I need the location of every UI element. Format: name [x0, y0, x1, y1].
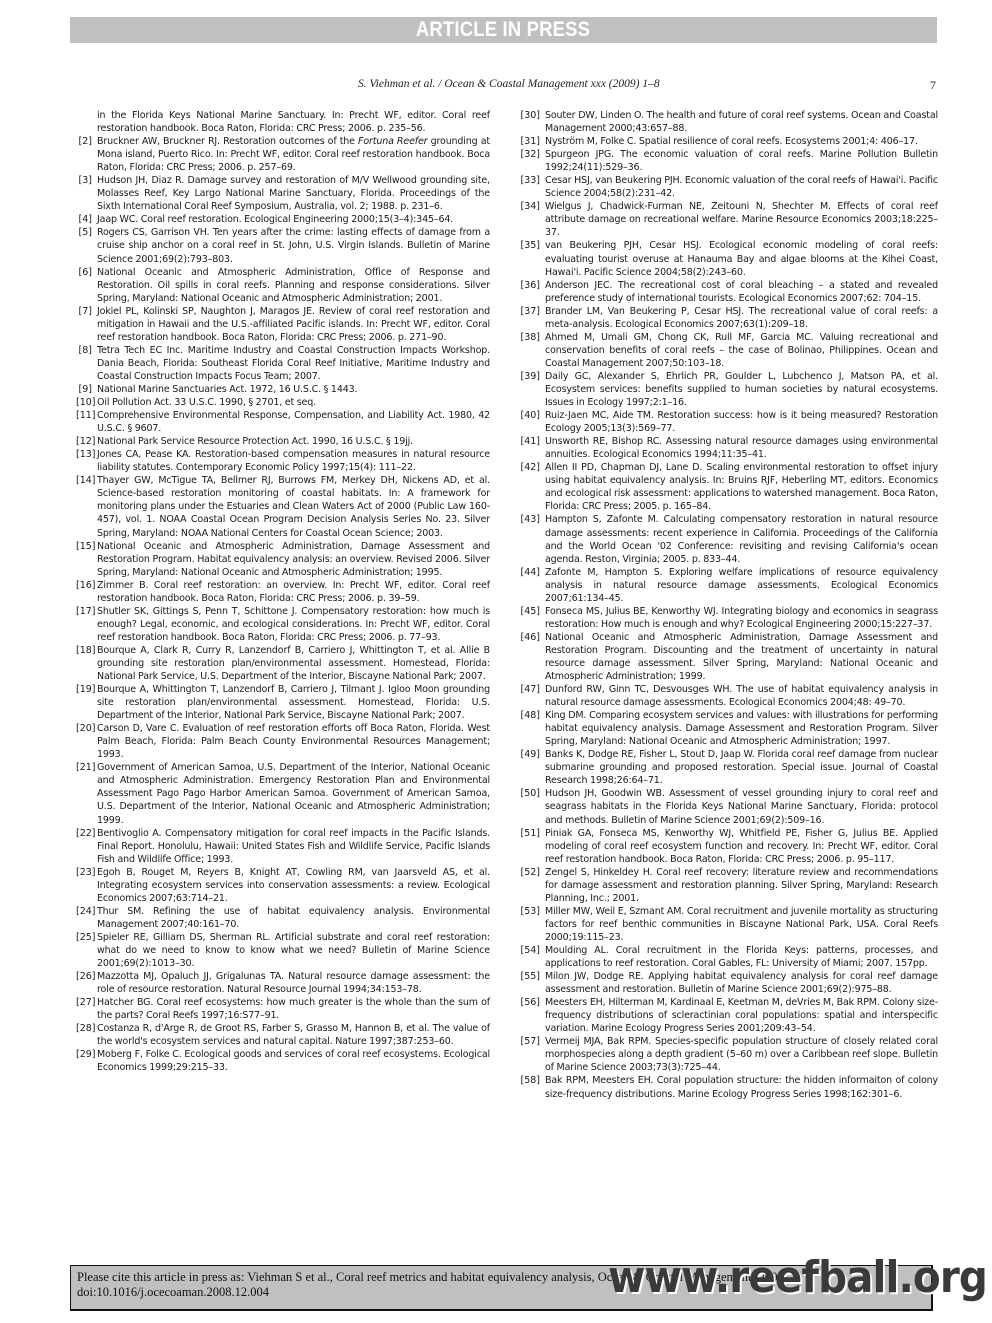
- reference-number: [16]: [76, 579, 97, 605]
- reference-text: National Oceanic and Atmospheric Adminis…: [97, 266, 490, 305]
- reference-number: [49]: [518, 748, 545, 787]
- reference-number: [57]: [518, 1035, 545, 1074]
- reference-text: Jones CA, Pease KA. Restoration-based co…: [97, 448, 490, 474]
- reference-text: Bak RPM, Meesters EH. Coral population s…: [545, 1074, 938, 1100]
- reference-text: Banks K, Dodge RE, Fisher L, Stout D, Ja…: [545, 748, 938, 787]
- reference-item: [13]Jones CA, Pease KA. Restoration-base…: [76, 448, 490, 474]
- running-head-citation: S. Viehman et al. / Ocean & Coastal Mana…: [358, 78, 660, 90]
- reference-item: [10]Oil Pollution Act. 33 U.S.C. 1990, §…: [76, 396, 490, 409]
- reference-number: [28]: [76, 1022, 97, 1048]
- reference-item: in the Florida Keys National Marine Sanc…: [76, 109, 490, 135]
- reference-text: Milon JW, Dodge RE. Applying habitat equ…: [545, 970, 938, 996]
- reference-text: Spieler RE, Gilliam DS, Sherman RL. Arti…: [97, 931, 490, 970]
- reference-number: [8]: [76, 344, 97, 383]
- reference-text: King DM. Comparing ecosystem services an…: [545, 709, 938, 748]
- reference-number: [48]: [518, 709, 545, 748]
- reference-text: Bentivoglio A. Compensatory mitigation f…: [97, 827, 490, 866]
- reference-text: Bourque A, Clark R, Curry R, Lanzendorf …: [97, 644, 490, 683]
- reference-text: Thur SM. Refining the use of habitat equ…: [97, 905, 490, 931]
- reference-number: [22]: [76, 827, 97, 866]
- reference-item: [30]Souter DW, Linden O. The health and …: [518, 109, 938, 135]
- reference-item: [8]Tetra Tech EC Inc. Maritime Industry …: [76, 344, 490, 383]
- reference-item: [26]Mazzotta MJ, Opaluch JJ, Grigalunas …: [76, 970, 490, 996]
- reference-number: [45]: [518, 605, 545, 631]
- reference-item: [53]Miller MW, Weil E, Szmant AM. Coral …: [518, 905, 938, 944]
- reference-number: [7]: [76, 305, 97, 344]
- reference-text: Hudson JH, Goodwin WB. Assessment of ves…: [545, 787, 938, 826]
- reference-text: Allen II PD, Chapman DJ, Lane D. Scaling…: [545, 461, 938, 513]
- reference-text: Wielgus J, Chadwick-Furman NE, Zeitouni …: [545, 200, 938, 239]
- reference-text: Nyström M, Folke C. Spatial resilience o…: [545, 135, 938, 148]
- reference-item: [27]Hatcher BG. Coral reef ecosystems: h…: [76, 996, 490, 1022]
- reference-item: [14]Thayer GW, McTigue TA, Bellmer RJ, B…: [76, 474, 490, 539]
- reference-number: [9]: [76, 383, 97, 396]
- reference-text: Fonseca MS, Julius BE, Kenworthy WJ. Int…: [545, 605, 938, 631]
- reference-text: Cesar HSJ, van Beukering PJH. Economic v…: [545, 174, 938, 200]
- reference-item: [41]Unsworth RE, Bishop RC. Assessing na…: [518, 435, 938, 461]
- reference-text: Jokiel PL, Kolinski SP, Naughton J, Mara…: [97, 305, 490, 344]
- reference-number: [4]: [76, 213, 97, 226]
- reference-text: Unsworth RE, Bishop RC. Assessing natura…: [545, 435, 938, 461]
- reference-number: [15]: [76, 540, 97, 579]
- reference-item: [4]Jaap WC. Coral reef restoration. Ecol…: [76, 213, 490, 226]
- reference-item: [16]Zimmer B. Coral reef restoration: an…: [76, 579, 490, 605]
- reference-text: Moulding AL. Coral recruitment in the Fl…: [545, 944, 938, 970]
- reference-number: [21]: [76, 761, 97, 826]
- reference-item: [45]Fonseca MS, Julius BE, Kenworthy WJ.…: [518, 605, 938, 631]
- reference-item: [28]Costanza R, d'Arge R, de Groot RS, F…: [76, 1022, 490, 1048]
- reference-text: Comprehensive Environmental Response, Co…: [97, 409, 490, 435]
- banner-label: ARTICLE IN PRESS: [416, 18, 590, 42]
- reference-text: Moberg F, Folke C. Ecological goods and …: [97, 1048, 490, 1074]
- reference-number: [42]: [518, 461, 545, 513]
- reference-number: [50]: [518, 787, 545, 826]
- reference-text: Hudson JH, Diaz R. Damage survey and res…: [97, 174, 490, 213]
- reference-text: National Park Service Resource Protectio…: [97, 435, 490, 448]
- reference-number: [54]: [518, 944, 545, 970]
- reference-item: [55]Milon JW, Dodge RE. Applying habitat…: [518, 970, 938, 996]
- reference-number: [35]: [518, 239, 545, 278]
- reference-text: Oil Pollution Act. 33 U.S.C. 1990, § 270…: [97, 396, 490, 409]
- reference-number: [31]: [518, 135, 545, 148]
- reference-item: [5]Rogers CS, Garrison VH. Ten years aft…: [76, 226, 490, 265]
- reference-item: [24]Thur SM. Refining the use of habitat…: [76, 905, 490, 931]
- reference-number: [53]: [518, 905, 545, 944]
- reference-item: [34]Wielgus J, Chadwick-Furman NE, Zeito…: [518, 200, 938, 239]
- reference-text: Miller MW, Weil E, Szmant AM. Coral recr…: [545, 905, 938, 944]
- reference-item: [33]Cesar HSJ, van Beukering PJH. Econom…: [518, 174, 938, 200]
- reference-item: [57]Vermeij MJA, Bak RPM. Species-specif…: [518, 1035, 938, 1074]
- reference-number: [17]: [76, 605, 97, 644]
- reference-number: [24]: [76, 905, 97, 931]
- reference-number: [32]: [518, 148, 545, 174]
- reference-number: [46]: [518, 631, 545, 683]
- reference-text: National Oceanic and Atmospheric Adminis…: [97, 540, 490, 579]
- reference-text: Egoh B, Rouget M, Reyers B, Knight AT, C…: [97, 866, 490, 905]
- reference-item: [38]Ahmed M, Umali GM, Chong CK, Rull MF…: [518, 331, 938, 370]
- reference-text: Piniak GA, Fonseca MS, Kenworthy WJ, Whi…: [545, 827, 938, 866]
- reference-item: [20]Carson D, Vare C. Evaluation of reef…: [76, 722, 490, 761]
- references-left-column: in the Florida Keys National Marine Sanc…: [76, 109, 490, 1074]
- reference-number: [3]: [76, 174, 97, 213]
- reference-item: [22]Bentivoglio A. Compensatory mitigati…: [76, 827, 490, 866]
- reference-number: [11]: [76, 409, 97, 435]
- reference-number: [43]: [518, 513, 545, 565]
- reference-text: Costanza R, d'Arge R, de Groot RS, Farbe…: [97, 1022, 490, 1048]
- reference-number: [5]: [76, 226, 97, 265]
- reference-text: Mazzotta MJ, Opaluch JJ, Grigalunas TA. …: [97, 970, 490, 996]
- reference-number: [13]: [76, 448, 97, 474]
- reference-text: Zafonte M, Hampton S. Exploring welfare …: [545, 566, 938, 605]
- reference-number: [14]: [76, 474, 97, 539]
- reference-item: [3]Hudson JH, Diaz R. Damage survey and …: [76, 174, 490, 213]
- reference-text: Bourque A, Whittington T, Lanzendorf B, …: [97, 683, 490, 722]
- reference-text: Zimmer B. Coral reef restoration: an ove…: [97, 579, 490, 605]
- reference-number: [25]: [76, 931, 97, 970]
- reference-number: [20]: [76, 722, 97, 761]
- reference-number: [30]: [518, 109, 545, 135]
- reference-item: [15]National Oceanic and Atmospheric Adm…: [76, 540, 490, 579]
- reference-text: Jaap WC. Coral reef restoration. Ecologi…: [97, 213, 490, 226]
- reference-item: [11]Comprehensive Environmental Response…: [76, 409, 490, 435]
- reference-number: [12]: [76, 435, 97, 448]
- reference-text: Hatcher BG. Coral reef ecosystems: how m…: [97, 996, 490, 1022]
- reference-item: [7]Jokiel PL, Kolinski SP, Naughton J, M…: [76, 305, 490, 344]
- reference-item: [46]National Oceanic and Atmospheric Adm…: [518, 631, 938, 683]
- reference-number: [10]: [76, 396, 97, 409]
- reference-text: Carson D, Vare C. Evaluation of reef res…: [97, 722, 490, 761]
- reference-text: van Beukering PJH, Cesar HSJ. Ecological…: [545, 239, 938, 278]
- reference-number: [18]: [76, 644, 97, 683]
- reference-number: [27]: [76, 996, 97, 1022]
- reference-text: Rogers CS, Garrison VH. Ten years after …: [97, 226, 490, 265]
- reference-number: [41]: [518, 435, 545, 461]
- reefball-watermark: www.reefball.org: [608, 1252, 987, 1303]
- reference-item: [29]Moberg F, Folke C. Ecological goods …: [76, 1048, 490, 1074]
- reference-item: [18]Bourque A, Clark R, Curry R, Lanzend…: [76, 644, 490, 683]
- reference-item: [36]Anderson JEC. The recreational cost …: [518, 279, 938, 305]
- reference-item: [12]National Park Service Resource Prote…: [76, 435, 490, 448]
- reference-item: [44]Zafonte M, Hampton S. Exploring welf…: [518, 566, 938, 605]
- reference-item: [31]Nyström M, Folke C. Spatial resilien…: [518, 135, 938, 148]
- reference-text: Government of American Samoa, U.S. Depar…: [97, 761, 490, 826]
- reference-number: [52]: [518, 866, 545, 905]
- reference-item: [37]Brander LM, Van Beukering P, Cesar H…: [518, 305, 938, 331]
- reference-text: Vermeij MJA, Bak RPM. Species-specific p…: [545, 1035, 938, 1074]
- reference-text: Ruiz-Jaen MC, Aide TM. Restoration succe…: [545, 409, 938, 435]
- reference-text: Bruckner AW, Bruckner RJ. Restoration ou…: [97, 135, 490, 174]
- article-in-press-banner: ARTICLE IN PRESS: [70, 17, 937, 43]
- running-head: S. Viehman et al. / Ocean & Coastal Mana…: [0, 78, 992, 94]
- reference-item: [40]Ruiz-Jaen MC, Aide TM. Restoration s…: [518, 409, 938, 435]
- reference-text: Brander LM, Van Beukering P, Cesar HSJ. …: [545, 305, 938, 331]
- reference-item: [42]Allen II PD, Chapman DJ, Lane D. Sca…: [518, 461, 938, 513]
- reference-item: [49]Banks K, Dodge RE, Fisher L, Stout D…: [518, 748, 938, 787]
- reference-number: [56]: [518, 996, 545, 1035]
- reference-number: [2]: [76, 135, 97, 174]
- reference-number: [33]: [518, 174, 545, 200]
- reference-text: Hampton S, Zafonte M. Calculating compen…: [545, 513, 938, 565]
- reference-item: [21]Government of American Samoa, U.S. D…: [76, 761, 490, 826]
- reference-text: Daily GC, Alexander S, Ehrlich PR, Gould…: [545, 370, 938, 409]
- reference-number: [44]: [518, 566, 545, 605]
- reference-text: National Marine Sanctuaries Act. 1972, 1…: [97, 383, 490, 396]
- reference-item: [6]National Oceanic and Atmospheric Admi…: [76, 266, 490, 305]
- reference-text: Dunford RW, Ginn TC, Desvousges WH. The …: [545, 683, 938, 709]
- reference-item: [32]Spurgeon JPG. The economic valuation…: [518, 148, 938, 174]
- reference-text: National Oceanic and Atmospheric Adminis…: [545, 631, 938, 683]
- reference-text: Shutler SK, Gittings S, Penn T, Schitton…: [97, 605, 490, 644]
- reference-text: Souter DW, Linden O. The health and futu…: [545, 109, 938, 135]
- reference-number: [55]: [518, 970, 545, 996]
- reference-number: [40]: [518, 409, 545, 435]
- reference-text: Spurgeon JPG. The economic valuation of …: [545, 148, 938, 174]
- reference-number: [47]: [518, 683, 545, 709]
- reference-item: [25]Spieler RE, Gilliam DS, Sherman RL. …: [76, 931, 490, 970]
- reference-item: [51]Piniak GA, Fonseca MS, Kenworthy WJ,…: [518, 827, 938, 866]
- reference-number: [38]: [518, 331, 545, 370]
- reference-item: [43]Hampton S, Zafonte M. Calculating co…: [518, 513, 938, 565]
- reference-number: [51]: [518, 827, 545, 866]
- reference-number: [6]: [76, 266, 97, 305]
- reference-number: [19]: [76, 683, 97, 722]
- reference-item: [19]Bourque A, Whittington T, Lanzendorf…: [76, 683, 490, 722]
- reference-item: [52]Zengel S, Hinkeldey H. Coral reef re…: [518, 866, 938, 905]
- reference-item: [47]Dunford RW, Ginn TC, Desvousges WH. …: [518, 683, 938, 709]
- reference-text: Ahmed M, Umali GM, Chong CK, Rull MF, Ga…: [545, 331, 938, 370]
- reference-item: [17]Shutler SK, Gittings S, Penn T, Schi…: [76, 605, 490, 644]
- reference-number: [29]: [76, 1048, 97, 1074]
- reference-text: Tetra Tech EC Inc. Maritime Industry and…: [97, 344, 490, 383]
- page-number: 7: [930, 78, 936, 93]
- reference-item: [35]van Beukering PJH, Cesar HSJ. Ecolog…: [518, 239, 938, 278]
- reference-item: [56]Meesters EH, Hilterman M, Kardinaal …: [518, 996, 938, 1035]
- reference-item: [9]National Marine Sanctuaries Act. 1972…: [76, 383, 490, 396]
- reference-text: Zengel S, Hinkeldey H. Coral reef recove…: [545, 866, 938, 905]
- reference-number: [37]: [518, 305, 545, 331]
- reference-item: [2]Bruckner AW, Bruckner RJ. Restoration…: [76, 135, 490, 174]
- reference-item: [58]Bak RPM, Meesters EH. Coral populati…: [518, 1074, 938, 1100]
- reference-item: [54]Moulding AL. Coral recruitment in th…: [518, 944, 938, 970]
- reference-text: Meesters EH, Hilterman M, Kardinaal E, K…: [545, 996, 938, 1035]
- reference-text: in the Florida Keys National Marine Sanc…: [97, 109, 490, 135]
- reference-number: [36]: [518, 279, 545, 305]
- reference-item: [23]Egoh B, Rouget M, Reyers B, Knight A…: [76, 866, 490, 905]
- reference-number: [26]: [76, 970, 97, 996]
- reference-number: [39]: [518, 370, 545, 409]
- reference-number: [34]: [518, 200, 545, 239]
- reference-text: Anderson JEC. The recreational cost of c…: [545, 279, 938, 305]
- reference-item: [50]Hudson JH, Goodwin WB. Assessment of…: [518, 787, 938, 826]
- reference-text: Thayer GW, McTigue TA, Bellmer RJ, Burro…: [97, 474, 490, 539]
- reference-item: [48]King DM. Comparing ecosystem service…: [518, 709, 938, 748]
- reference-item: [39]Daily GC, Alexander S, Ehrlich PR, G…: [518, 370, 938, 409]
- references-right-column: [30]Souter DW, Linden O. The health and …: [518, 109, 938, 1101]
- reference-number: [58]: [518, 1074, 545, 1100]
- reference-number: [23]: [76, 866, 97, 905]
